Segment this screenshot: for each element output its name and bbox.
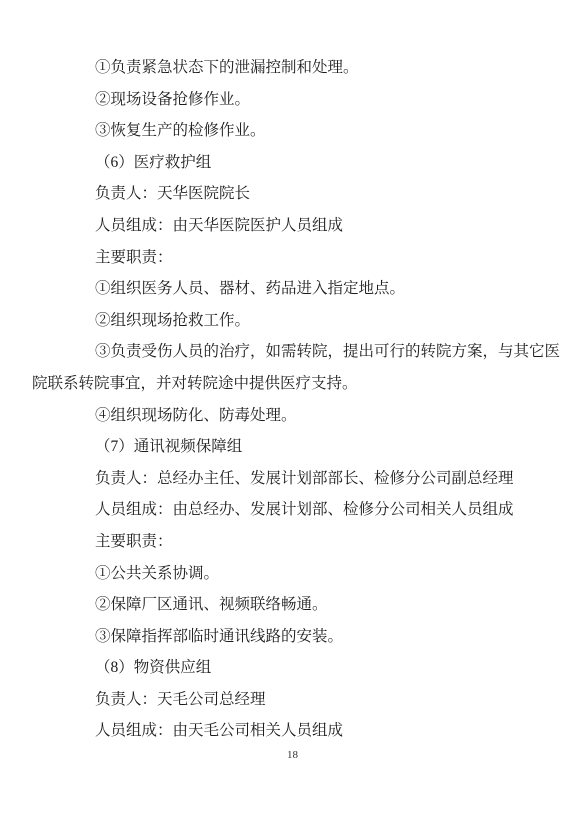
document-line: ③负责受伤人员的治疗，如需转院，提出可行的转院方案，与其它医 [32,336,555,368]
document-body: ①负责紧急状态下的泄漏控制和处理。②现场设备抢修作业。③恢复生产的检修作业。（6… [32,52,555,747]
document-line: ①公共关系协调。 [32,558,555,590]
document-line: ①负责紧急状态下的泄漏控制和处理。 [32,52,555,84]
document-line: ②保障厂区通讯、视频联络畅通。 [32,589,555,621]
document-line: ④组织现场防化、防毒处理。 [32,400,555,432]
document-line: 院联系转院事宜，并对转院途中提供医疗支持。 [32,368,555,400]
page-number: 18 [0,748,585,762]
document-page: ①负责紧急状态下的泄漏控制和处理。②现场设备抢修作业。③恢复生产的检修作业。（6… [0,0,585,822]
document-line: ③恢复生产的检修作业。 [32,115,555,147]
document-line: 主要职责： [32,526,555,558]
document-line: （6）医疗救护组 [32,147,555,179]
document-line: （8）物资供应组 [32,652,555,684]
document-line: 人员组成：由总经办、发展计划部、检修分公司相关人员组成 [32,494,555,526]
document-line: 主要职责： [32,242,555,274]
document-line: 负责人：总经办主任、发展计划部部长、检修分公司副总经理 [32,463,555,495]
document-line: ②现场设备抢修作业。 [32,84,555,116]
document-line: （7）通讯视频保障组 [32,431,555,463]
document-line: 人员组成：由天毛公司相关人员组成 [32,715,555,747]
document-line: ①组织医务人员、器材、药品进入指定地点。 [32,273,555,305]
document-line: 负责人：天毛公司总经理 [32,684,555,716]
document-line: ③保障指挥部临时通讯线路的安装。 [32,621,555,653]
document-line: ②组织现场抢救工作。 [32,305,555,337]
document-line: 人员组成：由天华医院医护人员组成 [32,210,555,242]
document-line: 负责人：天华医院院长 [32,178,555,210]
